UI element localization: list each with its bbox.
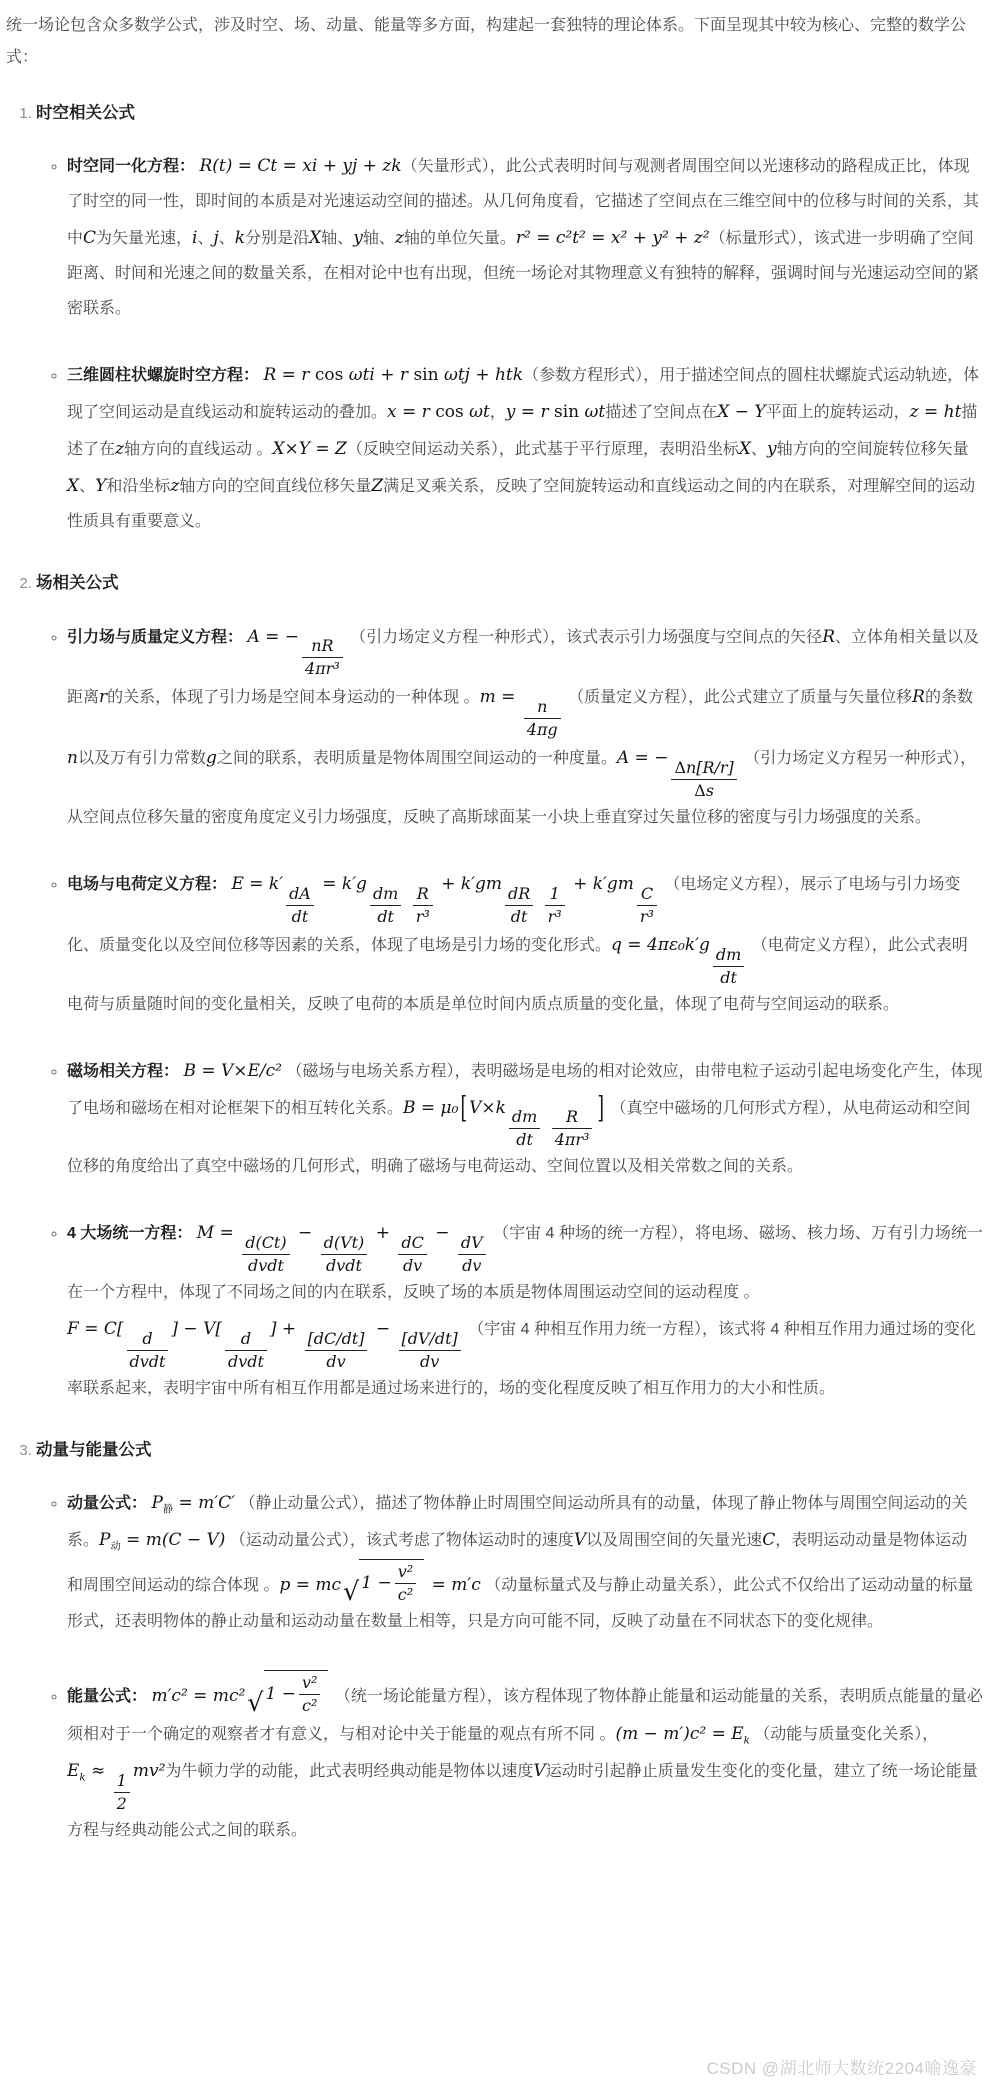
body-text: 为牛顿力学的动能，此式表明经典动能是物体以速度 <box>165 1763 533 1780</box>
math-formula: E = k′dAdt = k′gdmdt Rr³ + k′gmdRdt 1r³ … <box>231 874 660 894</box>
article-content: 统一场论包含众多数学公式，涉及时空、场、动量、能量等多方面，构建起一套独特的理论… <box>0 0 987 2091</box>
formula-term: 电场与电荷定义方程： <box>67 876 231 893</box>
math-formula: X×Y = Z <box>272 439 346 459</box>
math-formula: X − Y <box>717 402 765 422</box>
formula-paragraph: 4 大场统一方程： M = d(Ct)dvdt − d(Vt)dvdt + dC… <box>67 1215 983 1406</box>
formula-item: 时空同一化方程： R(t) = Ct = xi + yj + zk（矢量形式），… <box>67 148 983 327</box>
fraction: dmdt <box>509 1107 540 1150</box>
math-formula: V <box>574 1530 586 1550</box>
fraction: v²c² <box>299 1673 320 1716</box>
body-text: ， <box>490 404 506 421</box>
math-formula: z <box>395 228 404 248</box>
math-formula: R <box>912 687 925 707</box>
fraction: dCdv <box>398 1233 426 1276</box>
math-formula: M = d(Ct)dvdt − d(Vt)dvdt + dCdv − dVdv <box>197 1223 489 1243</box>
math-formula: z <box>170 476 179 496</box>
math-formula: Z <box>371 476 383 496</box>
formula-item: 电场与电荷定义方程： E = k′dAdt = k′gdmdt Rr³ + k′… <box>67 866 983 1023</box>
math-formula: R(t) = Ct = xi + yj + zk <box>199 156 401 176</box>
square-root: √1 − v²c² <box>343 1559 424 1605</box>
fraction: dmdt <box>713 945 744 988</box>
formula-term: 能量公式： <box>67 1688 151 1705</box>
math-formula: k <box>235 228 245 248</box>
body-text: 以及万有引力常数 <box>78 750 206 767</box>
math-formula: x = r cos ωt <box>387 402 490 422</box>
fraction: d(Ct)dvdt <box>242 1233 289 1276</box>
body-text: 描述了空间点在 <box>605 404 717 421</box>
body-text: （动能与质量变化关系）， <box>750 1726 938 1743</box>
body-text: 轴的单位矢量。 <box>404 230 516 247</box>
formula-paragraph: 磁场相关方程： B = V×E/c² （磁场与电场关系方程），表明磁场是电场的相… <box>67 1053 983 1186</box>
body-text: 轴、 <box>321 230 353 247</box>
body-text: （质量定义方程），此公式建立了质量与矢量位移 <box>564 689 912 706</box>
section-title: 动量与能量公式 <box>36 1441 152 1459</box>
formula-item: 三维圆柱状螺旋时空方程： R = r cos ωti + r sin ωtj +… <box>67 357 983 540</box>
fraction: R4πr³ <box>552 1107 593 1150</box>
body-text: 的关系，体现了引力场是空间本身运动的一种体现 。 <box>107 689 479 706</box>
csdn-watermark: CSDN @湖北师大数统2204喻逸豪 <box>707 2054 977 2079</box>
formula-term: 4 大场统一方程： <box>67 1225 197 1242</box>
formula-term: 动量公式： <box>67 1495 151 1512</box>
fraction: ddvdt <box>127 1329 169 1372</box>
fraction: dAdt <box>286 884 314 927</box>
fraction: v²c² <box>395 1562 416 1605</box>
fraction: nR4πr³ <box>302 636 343 679</box>
math-formula: y <box>353 228 363 248</box>
formula-term: 三维圆柱状螺旋时空方程： <box>67 367 263 384</box>
body-text: 为矢量光速， <box>96 230 192 247</box>
math-formula: p = mc√1 − v²c² = m′c <box>279 1575 480 1595</box>
body-text: 之间的联系，表明质量是物体周围空间运动的一种度量。 <box>217 750 617 767</box>
math-formula: P静 = m′C′ <box>151 1493 235 1513</box>
math-formula: Y <box>95 476 106 496</box>
fraction: dmdt <box>370 884 401 927</box>
formula-term: 时空同一化方程： <box>67 158 199 175</box>
formula-paragraph: 动量公式： P静 = m′C′ （静止动量公式），描述了物体静止时周围空间运动所… <box>67 1485 983 1640</box>
fraction: n4πg <box>524 697 561 740</box>
formula-term: 磁场相关方程： <box>67 1063 183 1080</box>
fraction: 1r³ <box>545 884 565 927</box>
math-formula: A = −nR4πr³ <box>247 627 345 647</box>
math-formula: r <box>99 687 107 707</box>
body-text: 的条数 <box>925 689 973 706</box>
math-formula: z <box>115 439 124 459</box>
formula-sections-list: 时空相关公式时空同一化方程： R(t) = Ct = xi + yj + zk（… <box>6 100 983 1849</box>
body-text: （运动动量公式），该式考虑了物体运动时的速度 <box>225 1532 573 1549</box>
body-text: （引力场定义方程一种形式），该式表示引力场强度与空间点的矢径 <box>346 629 822 646</box>
math-formula: n <box>67 748 78 768</box>
formula-paragraph: 三维圆柱状螺旋时空方程： R = r cos ωti + r sin ωtj +… <box>67 357 983 540</box>
math-formula: y <box>767 439 777 459</box>
formula-item: 4 大场统一方程： M = d(Ct)dvdt − d(Vt)dvdt + dC… <box>67 1215 983 1406</box>
formula-item: 引力场与质量定义方程： A = −nR4πr³ （引力场定义方程一种形式），该式… <box>67 619 983 836</box>
formula-section: 时空相关公式时空同一化方程： R(t) = Ct = xi + yj + zk（… <box>36 100 983 540</box>
intro-paragraph: 统一场论包含众多数学公式，涉及时空、场、动量、能量等多方面，构建起一套独特的理论… <box>6 10 983 74</box>
math-formula: m′c² = mc²√1 − v²c² <box>151 1686 330 1706</box>
math-formula: V <box>533 1761 545 1781</box>
math-formula: C <box>83 228 96 248</box>
math-formula: B = V×E/c² <box>183 1061 282 1081</box>
fraction: 12 <box>114 1771 130 1814</box>
math-formula: m = n4πg <box>480 687 564 707</box>
body-text: 分别是沿 <box>245 230 309 247</box>
formula-paragraph: 电场与电荷定义方程： E = k′dAdt = k′gdmdt Rr³ + k′… <box>67 866 983 1023</box>
section-title: 场相关公式 <box>36 574 119 592</box>
body-text: 平面上的旋转运动， <box>766 404 910 421</box>
fraction: Δn[R/r]Δs <box>671 758 736 801</box>
math-formula: B = μ₀[V×kdmdt R4πr³] <box>403 1098 606 1118</box>
math-formula: r² = c²t² = x² + y² + z² <box>516 228 710 248</box>
formula-paragraph: 时空同一化方程： R(t) = Ct = xi + yj + zk（矢量形式），… <box>67 148 983 327</box>
math-formula: C <box>762 1530 775 1550</box>
body-text: （反映空间运动关系），此式基于平行原理，表明沿坐标 <box>347 441 739 458</box>
body-text: 和沿坐标 <box>106 478 170 495</box>
body-text: 、 <box>751 441 767 458</box>
math-formula: z = ht <box>910 402 962 422</box>
math-formula: A = −Δn[R/r]Δs <box>617 748 740 768</box>
square-root: √1 − v²c² <box>247 1670 328 1716</box>
math-formula: P动 = m(C − V) <box>99 1530 225 1550</box>
math-formula: X <box>67 476 79 496</box>
math-formula: Ek ≈ 12mv² <box>67 1761 165 1781</box>
fraction: [dC/dt]dv <box>305 1329 368 1372</box>
formula-section: 场相关公式引力场与质量定义方程： A = −nR4πr³ （引力场定义方程一种形… <box>36 570 983 1407</box>
body-text: 、 <box>79 478 95 495</box>
body-text: 轴方向的空间旋转位移矢量 <box>777 441 969 458</box>
body-text: 轴、 <box>363 230 395 247</box>
math-formula: X <box>309 228 321 248</box>
formula-item: 磁场相关方程： B = V×E/c² （磁场与电场关系方程），表明磁场是电场的相… <box>67 1053 983 1186</box>
formula-section: 动量与能量公式动量公式： P静 = m′C′ （静止动量公式），描述了物体静止时… <box>36 1437 983 1849</box>
fraction: Cr³ <box>637 884 657 927</box>
formula-item: 动量公式： P静 = m′C′ （静止动量公式），描述了物体静止时周围空间运动所… <box>67 1485 983 1640</box>
formula-paragraph: 能量公式： m′c² = mc²√1 − v²c² （统一场论能量方程），该方程… <box>67 1670 983 1849</box>
math-formula: R = r cos ωti + r sin ωtj + htk <box>263 365 523 385</box>
body-text: 、 <box>197 230 213 247</box>
body-text: 以及周围空间的矢量光速 <box>586 1532 762 1549</box>
fraction: ddvdt <box>225 1329 267 1372</box>
section-title: 时空相关公式 <box>36 104 135 122</box>
fraction: dRdt <box>505 884 533 927</box>
body-text: 、 <box>219 230 235 247</box>
formula-items-list: 时空同一化方程： R(t) = Ct = xi + yj + zk（矢量形式），… <box>36 148 983 540</box>
math-formula: q = 4πε₀k′gdmdt <box>611 935 747 955</box>
formula-item: 能量公式： m′c² = mc²√1 − v²c² （统一场论能量方程），该方程… <box>67 1670 983 1849</box>
math-formula: R <box>822 627 835 647</box>
body-text: 轴方向的空间直线位移矢量 <box>179 478 371 495</box>
formula-term: 引力场与质量定义方程： <box>67 629 247 646</box>
math-formula: (m − m′)c² = Ek <box>615 1724 749 1744</box>
math-formula: F = C[ddvdt] − V[ddvdt] + [dC/dt]dv − [d… <box>67 1319 464 1339</box>
fraction: dVdv <box>458 1233 486 1276</box>
math-formula: y = r sin ωt <box>506 402 605 422</box>
formula-items-list: 引力场与质量定义方程： A = −nR4πr³ （引力场定义方程一种形式），该式… <box>36 619 983 1407</box>
formula-paragraph: 引力场与质量定义方程： A = −nR4πr³ （引力场定义方程一种形式），该式… <box>67 619 983 836</box>
math-formula: X <box>739 439 751 459</box>
body-text: 轴方向的直线运动 。 <box>124 441 272 458</box>
formula-items-list: 动量公式： P静 = m′C′ （静止动量公式），描述了物体静止时周围空间运动所… <box>36 1485 983 1849</box>
fraction: [dV/dt]dv <box>399 1329 461 1372</box>
fraction: Rr³ <box>413 884 433 927</box>
fraction: d(Vt)dvdt <box>321 1233 368 1276</box>
math-formula: g <box>206 748 217 768</box>
